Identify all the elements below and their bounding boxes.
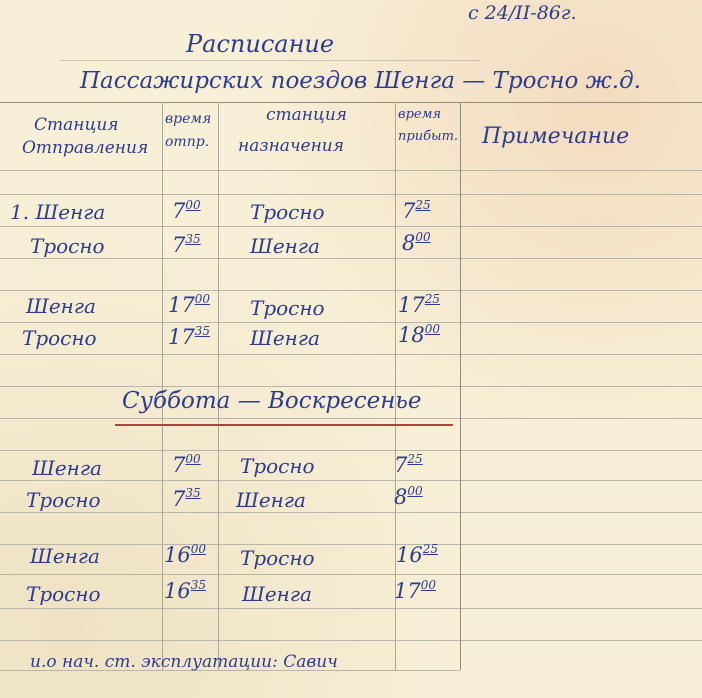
row-from: Тросно (22, 326, 97, 350)
rule-line (0, 512, 702, 513)
row-from: Шенга (26, 294, 96, 318)
rule-line (0, 258, 702, 259)
row-arr-time: 725 (402, 198, 431, 223)
column-divider (162, 102, 163, 670)
row-arr-time: 800 (402, 230, 431, 255)
rule-line (0, 226, 702, 227)
signature-line: и.о нач. ст. эксплуатации: Савич (30, 652, 338, 672)
row-to: Шенга (250, 234, 320, 258)
row-from: Тросно (30, 234, 105, 258)
rule-line (0, 354, 702, 355)
rule-line (0, 608, 702, 609)
row-dep-time: 700 (172, 198, 201, 223)
row-dep-time: 1700 (168, 292, 210, 317)
weekend-heading: Суббота — Воскресенье (122, 388, 421, 414)
row-dep-time: 700 (172, 452, 201, 477)
rule-line (0, 480, 702, 481)
row-dep-time: 735 (172, 486, 201, 511)
row-from: 1. Шенга (10, 200, 105, 224)
row-from: Шенга (32, 456, 102, 480)
row-from: Тросно (26, 488, 101, 512)
row-to: Шенга (236, 488, 306, 512)
row-arr-time: 1625 (396, 542, 438, 567)
row-to: Тросно (240, 546, 315, 570)
row-to: Шенга (250, 326, 320, 350)
row-dep-time: 1600 (164, 542, 206, 567)
row-from: Шенга (30, 544, 100, 568)
rule-line (0, 544, 702, 545)
rule-line (0, 290, 702, 291)
weekend-red-underline (115, 424, 453, 426)
rule-line (0, 418, 702, 419)
schedule-page: с 24/II-86г. Расписание Пассажирских пое… (0, 0, 702, 698)
rule-line (0, 194, 702, 195)
rule-line (0, 102, 702, 103)
row-arr-time: 725 (394, 452, 423, 477)
rule-line (0, 170, 702, 171)
row-dep-time: 1635 (164, 578, 206, 603)
date-stamp: с 24/II-86г. (468, 2, 577, 24)
rule-line (0, 322, 702, 323)
column-divider (460, 102, 461, 670)
document-title: Расписание (186, 30, 334, 58)
title-underline (60, 60, 480, 61)
header-destination-station: станция назначения (238, 104, 347, 158)
row-to: Тросно (250, 296, 325, 320)
row-arr-time: 1800 (398, 322, 440, 347)
rule-line (0, 450, 702, 451)
row-dep-time: 735 (172, 232, 201, 257)
row-dep-time: 1735 (168, 324, 210, 349)
rule-line (0, 640, 702, 641)
row-arr-time: 1725 (398, 292, 440, 317)
column-divider (218, 102, 219, 670)
header-notes: Примечание (482, 124, 629, 149)
row-arr-time: 800 (394, 484, 423, 509)
row-to: Тросно (240, 454, 315, 478)
row-from: Тросно (26, 582, 101, 606)
row-to: Тросно (250, 200, 325, 224)
header-arrival-time: время прибыт. (398, 104, 458, 148)
rule-line (0, 386, 702, 387)
header-departure-time: время отпр. (165, 108, 211, 154)
header-departure-station: Станция Отправления (22, 114, 148, 160)
document-subtitle: Пассажирских поездов Шенга — Тросно ж.д. (80, 68, 641, 94)
rule-line (0, 574, 702, 575)
row-arr-time: 1700 (394, 578, 436, 603)
row-to: Шенга (242, 582, 312, 606)
